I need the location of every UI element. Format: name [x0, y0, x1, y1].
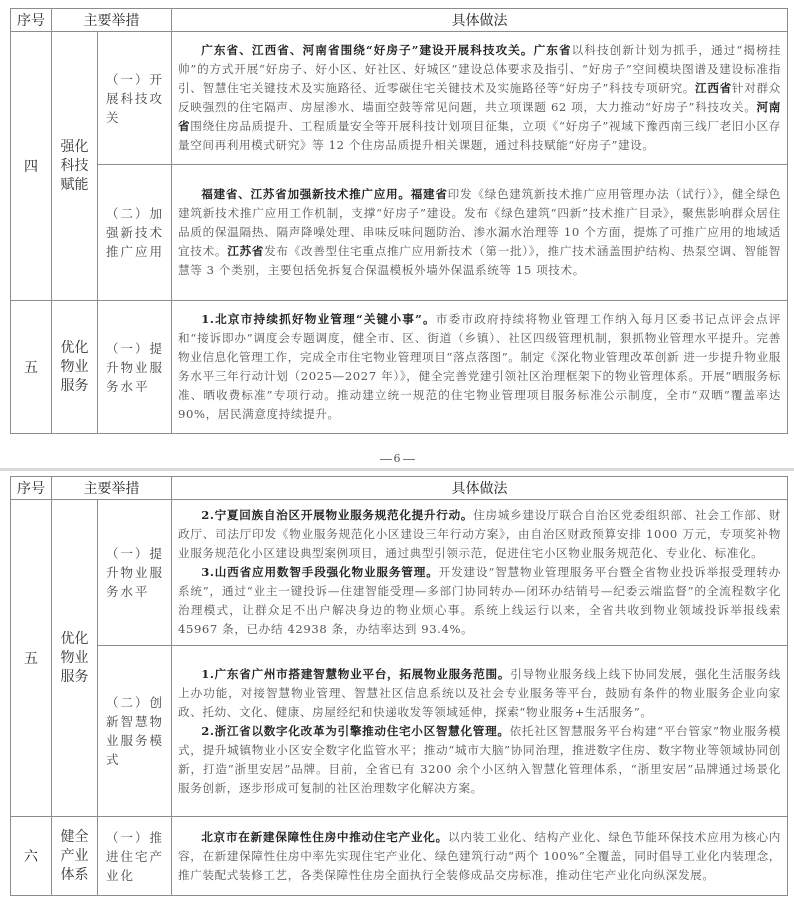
- row-seq: 六: [11, 817, 52, 896]
- row-practice: 福建省、江苏省加强新技术推广应用。福建省印发《绿色建筑新技术推广应用管理办法（试…: [172, 165, 788, 301]
- row-category: 强化 科技 赋能: [52, 32, 98, 301]
- row-subcategory: （二）创新智慧物业服务模式: [98, 646, 172, 817]
- table-header-row: 序号 主要举措 具体做法: [11, 9, 788, 32]
- dash: [403, 459, 415, 460]
- category-line: 优化: [52, 339, 97, 358]
- practice-paragraph: 福建省、江苏省加强新技术推广应用。福建省印发《绿色建筑新技术推广应用管理办法（试…: [178, 185, 781, 280]
- category-line: 科技: [52, 157, 97, 176]
- row-seq: 五: [11, 301, 52, 434]
- practice-paragraph: 北京市在新建保障性住房中推动住宅产业化。以内装工业化、结构产业化、绿色节能环保技…: [178, 828, 781, 885]
- category-line: 体系: [52, 866, 97, 885]
- row-category: 健全 产业 体系: [52, 817, 98, 896]
- row-seq: 五: [11, 500, 52, 817]
- category-line: 产业: [52, 847, 97, 866]
- row-practice: 2.宁夏回族自治区开展物业服务规范化提升行动。住房城乡建设厅联合自治区党委组织部…: [172, 500, 788, 646]
- category-line: 健全: [52, 828, 97, 847]
- row-practice: 广东省、江西省、河南省围绕“好房子”建设开展科技攻关。广东省以科技创新计划为抓手…: [172, 32, 788, 165]
- category-line: 物业: [52, 358, 97, 377]
- category-line: 服务: [52, 377, 97, 396]
- row-subcategory: （一）提升物业服务水平: [98, 301, 172, 434]
- category-line: 强化: [52, 138, 97, 157]
- table-row: 五 优化 物业 服务 （一）提升物业服务水平 1.北京市持续抓好物业管理“关键小…: [11, 301, 788, 434]
- row-category: 优化 物业 服务: [52, 500, 98, 817]
- row-practice: 1.广东省广州市搭建智慧物业平台，拓展物业服务范围。引导物业服务线上线下协同发展…: [172, 646, 788, 817]
- policy-table-page-1: 序号 主要举措 具体做法 四 强化 科技 赋能 （一）开展科技攻关 广东省、江西…: [10, 8, 788, 434]
- practice-paragraph: 1.广东省广州市搭建智慧物业平台，拓展物业服务范围。引导物业服务线上线下协同发展…: [178, 665, 781, 722]
- table-row: 五 优化 物业 服务 （一）提升物业服务水平 2.宁夏回族自治区开展物业服务规范…: [11, 500, 788, 646]
- table-row: 六 健全 产业 体系 （一）推进住宅产业化 北京市在新建保障性住房中推动住宅产业…: [11, 817, 788, 896]
- row-subcategory: （二）加强新技术推广应用: [98, 165, 172, 301]
- practice-paragraph: 广东省、江西省、河南省围绕“好房子”建设开展科技攻关。广东省以科技创新计划为抓手…: [178, 41, 781, 155]
- category-line: 优化: [52, 630, 97, 649]
- table-row: （二）创新智慧物业服务模式 1.广东省广州市搭建智慧物业平台，拓展物业服务范围。…: [11, 646, 788, 817]
- header-seq: 序号: [11, 9, 52, 32]
- practice-paragraph: 2.浙江省以数字化改革为引擎推动住宅小区智慧化管理。依托社区智慧服务平台构建“平…: [178, 722, 781, 798]
- row-subcategory: （一）提升物业服务水平: [98, 500, 172, 646]
- table-row: 四 强化 科技 赋能 （一）开展科技攻关 广东省、江西省、河南省围绕“好房子”建…: [11, 32, 788, 165]
- page-separator: [0, 468, 794, 471]
- row-practice: 北京市在新建保障性住房中推动住宅产业化。以内装工业化、结构产业化、绿色节能环保技…: [172, 817, 788, 896]
- row-category: 优化 物业 服务: [52, 301, 98, 434]
- header-practice: 具体做法: [172, 9, 788, 32]
- practice-paragraph: 2.宁夏回族自治区开展物业服务规范化提升行动。住房城乡建设厅联合自治区党委组织部…: [178, 506, 781, 563]
- category-line: 物业: [52, 649, 97, 668]
- table-header-row: 序号 主要举措 具体做法: [11, 477, 788, 500]
- row-practice: 1.北京市持续抓好物业管理“关键小事”。市委市政府持续将物业管理工作纳入每月区委…: [172, 301, 788, 434]
- practice-paragraph: 1.北京市持续抓好物业管理“关键小事”。市委市政府持续将物业管理工作纳入每月区委…: [178, 310, 781, 424]
- header-measures: 主要举措: [52, 477, 172, 500]
- header-measures: 主要举措: [52, 9, 172, 32]
- category-line: 服务: [52, 668, 97, 687]
- practice-paragraph: 3.山西省应用数智手段强化物业服务管理。开发建设“智慧物业管理服务平台暨全省物业…: [178, 563, 781, 639]
- header-seq: 序号: [11, 477, 52, 500]
- header-practice: 具体做法: [172, 477, 788, 500]
- table-row: （二）加强新技术推广应用 福建省、江苏省加强新技术推广应用。福建省印发《绿色建筑…: [11, 165, 788, 301]
- dash: [380, 459, 392, 460]
- page-number: 6: [0, 452, 794, 465]
- row-subcategory: （一）推进住宅产业化: [98, 817, 172, 896]
- category-line: 赋能: [52, 176, 97, 195]
- row-seq: 四: [11, 32, 52, 301]
- policy-table-page-2: 序号 主要举措 具体做法 五 优化 物业 服务 （一）提升物业服务水平 2.宁夏…: [10, 476, 788, 896]
- row-subcategory: （一）开展科技攻关: [98, 32, 172, 165]
